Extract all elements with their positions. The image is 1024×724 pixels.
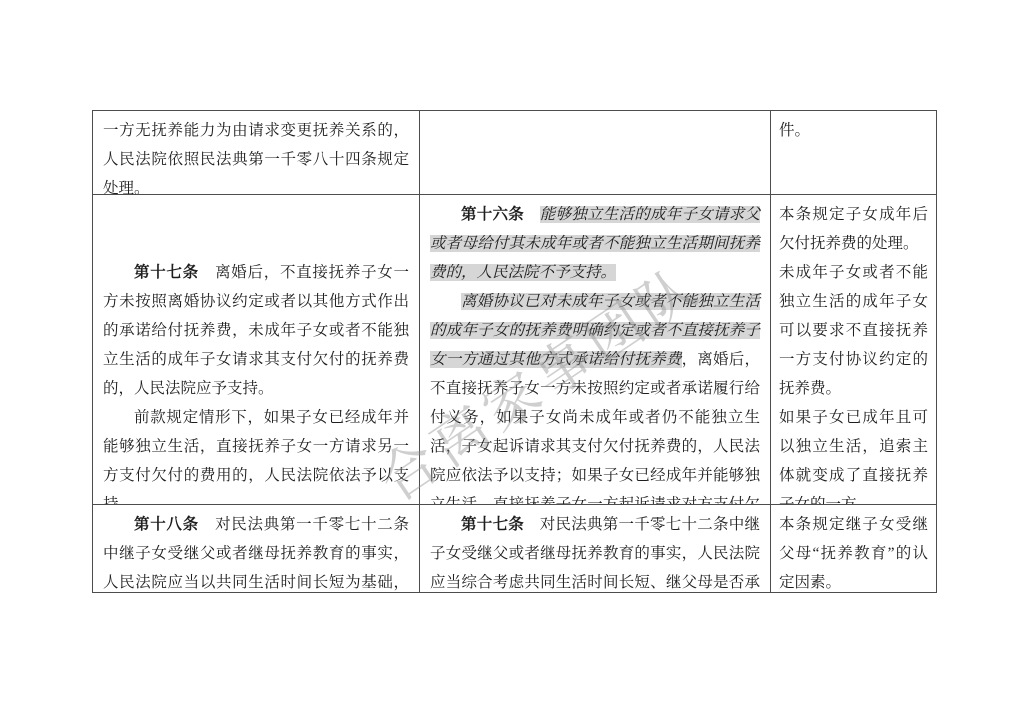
- table-cell-r1c1: 一方无抚养能力为由请求变更抚养关系的，人民法院依照民法典第一千零八十四条规定处理…: [93, 111, 420, 195]
- text-run: [524, 206, 540, 223]
- document-page: 一方无抚养能力为由请求变更抚养关系的，人民法院依照民法典第一千零八十四条规定处理…: [0, 0, 1024, 724]
- text-run: 离婚后，不直接抚养子女一方未按照离婚协议约定或者以其他方式作出的承诺给付抚养费，…: [103, 264, 409, 397]
- text-run: 本条规定继子女受继父母“抚养教育”的认定因素。: [779, 516, 928, 591]
- table-cell-r3c1: 第十八条 对民法典第一千零七十二条中继子女受继父或者继母抚养教育的事实，人民法院…: [93, 505, 420, 593]
- table-cell-r3c2: 第十七条 对民法典第一千零七十二条中继子女受继父或者继母抚养教育的事实，人民法院…: [420, 505, 771, 593]
- paragraph: 第十六条 能够独立生活的成年子女请求父或者母给付其未成年或者不能独立生活期间抚养…: [430, 200, 760, 287]
- paragraph: 第十七条 离婚后，不直接抚养子女一方未按照离婚协议约定或者以其他方式作出的承诺给…: [103, 258, 409, 403]
- text-run: 未成年子女或者不能独立生活的成年子女可以要求不直接抚养一方支付协议约定的抚养费。: [779, 264, 928, 397]
- text-run: ，离婚后，不直接抚养子女一方未按照约定或者承诺履行给付义务，如果子女尚未成年或者…: [430, 351, 760, 505]
- paragraph: 本条规定继子女受继父母“抚养教育”的认定因素。: [779, 510, 928, 593]
- blank-line: [103, 200, 409, 229]
- paragraph: 第十八条 对民法典第一千零七十二条中继子女受继父或者继母抚养教育的事实，人民法院…: [103, 510, 409, 593]
- paragraph: 一方无抚养能力为由请求变更抚养关系的，人民法院依照民法典第一千零八十四条规定处理…: [103, 116, 409, 195]
- text-run: 本条规定子女成年后欠付抚养费的处理。: [779, 206, 928, 252]
- table-cell-r2c3: 本条规定子女成年后欠付抚养费的处理。未成年子女或者不能独立生活的成年子女可以要求…: [771, 195, 937, 505]
- table-cell-r1c3: 件。: [771, 111, 937, 195]
- text-run: 如果子女已成年且可以独立生活，追索主体就变成了直接抚养子女的一方。: [779, 409, 928, 505]
- text-run: 前款规定情形下，如果子女已经成年并能够独立生活，直接抚养子女一方请求另一方支付欠…: [103, 409, 409, 505]
- paragraph: 件。: [779, 116, 928, 145]
- paragraph: 第十七条 对民法典第一千零七十二条中继子女受继父或者继母抚养教育的事实，人民法院…: [430, 510, 760, 593]
- paragraph: 离婚协议已对未成年子女或者不能独立生活的成年子女的抚养费明确约定或者不直接抚养子…: [430, 287, 760, 505]
- text-run: 一方无抚养能力为由请求变更抚养关系的，人民法院依照民法典第一千零八十四条规定处理…: [103, 122, 409, 195]
- paragraph: 如果子女已成年且可以独立生活，追索主体就变成了直接抚养子女的一方。: [779, 403, 928, 505]
- text-run: 第十七条: [134, 264, 199, 281]
- table-cell-r2c1: 第十七条 离婚后，不直接抚养子女一方未按照离婚协议约定或者以其他方式作出的承诺给…: [93, 195, 420, 505]
- text-run: 第十六条: [461, 206, 524, 223]
- paragraph: 前款规定情形下，如果子女已经成年并能够独立生活，直接抚养子女一方请求另一方支付欠…: [103, 403, 409, 505]
- text-run: 第十八条: [134, 516, 199, 533]
- table-cell-r3c3: 本条规定继子女受继父母“抚养教育”的认定因素。: [771, 505, 937, 593]
- table-cell-r2c2: 第十六条 能够独立生活的成年子女请求父或者母给付其未成年或者不能独立生活期间抚养…: [420, 195, 771, 505]
- comparison-table: 一方无抚养能力为由请求变更抚养关系的，人民法院依照民法典第一千零八十四条规定处理…: [92, 110, 937, 593]
- table-cell-r1c2: [420, 111, 771, 195]
- text-run: 件。: [779, 122, 810, 139]
- paragraph: 未成年子女或者不能独立生活的成年子女可以要求不直接抚养一方支付协议约定的抚养费。: [779, 258, 928, 403]
- text-run: 第十七条: [461, 516, 524, 533]
- blank-line: [103, 229, 409, 258]
- paragraph: 本条规定子女成年后欠付抚养费的处理。: [779, 200, 928, 258]
